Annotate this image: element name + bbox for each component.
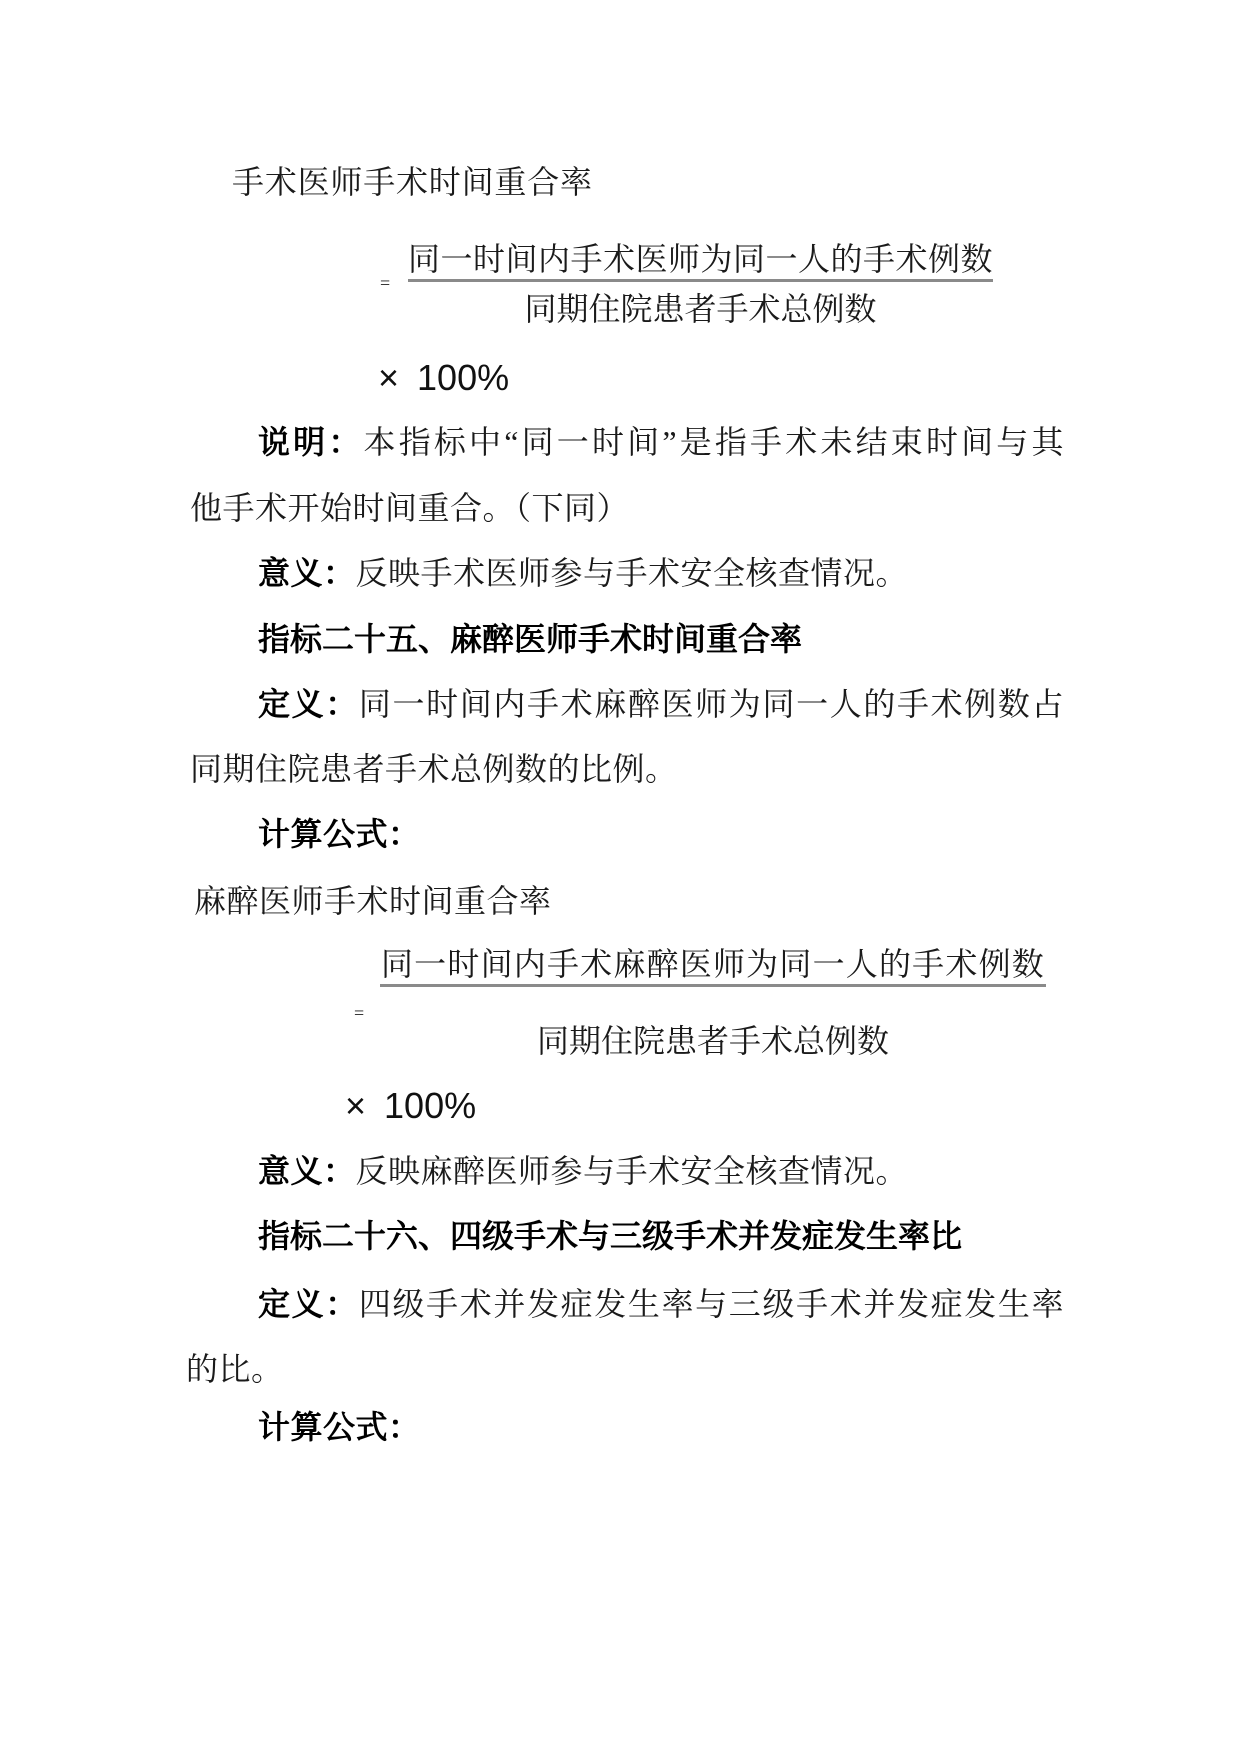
indicator26-definition-line1: 定义：四级手术并发症发生率与三级手术并发症发生率 <box>258 1286 1064 1322</box>
anesthetist-formula-label: 麻醉医师手术时间重合率 <box>194 883 552 919</box>
indicator25-definition-line2: 同期住院患者手术总例数的比例。 <box>190 751 678 787</box>
note-text-line1: 本指标中“同一时间”是指手术未结束时间与其 <box>364 424 1064 460</box>
surgeon-formula-equals-sign: = <box>380 271 390 296</box>
indicator26-heading: 指标二十六、四级手术与三级手术并发症发生率比 <box>258 1218 962 1254</box>
anesthetist-meaning-paragraph: 意义：反映麻醉医师参与手术安全核查情况。 <box>258 1153 908 1189</box>
indicator25-definition-text-line1: 同一时间内手术麻醉医师为同一人的手术例数占 <box>359 686 1064 722</box>
note-paragraph-line2: 他手术开始时间重合。（下同） <box>190 490 629 526</box>
surgeon-formula-multiplier: × 100% <box>378 358 509 398</box>
indicator25-definition-label: 定义： <box>258 686 359 722</box>
anesthetist-meaning-label: 意义： <box>258 1153 356 1189</box>
surgeon-formula-fraction: 同一时间内手术医师为同一人的手术例数 同期住院患者手术总例数 <box>408 241 993 327</box>
anesthetist-formula-numerator: 同一时间内手术麻醉医师为同一人的手术例数 <box>380 946 1046 987</box>
anesthetist-formula-equals-sign: = <box>354 1001 364 1026</box>
indicator26-definition-line2: 的比。 <box>186 1351 284 1387</box>
indicator26-formula-heading: 计算公式： <box>258 1409 421 1445</box>
surgeon-meaning-label: 意义： <box>258 555 356 591</box>
indicator26-definition-text-line1: 四级手术并发症发生率与三级手术并发症发生率 <box>359 1286 1064 1322</box>
indicator25-heading: 指标二十五、麻醉医师手术时间重合率 <box>258 621 802 657</box>
anesthetist-formula-fraction: 同一时间内手术麻醉医师为同一人的手术例数 同期住院患者手术总例数 <box>380 946 1046 1059</box>
indicator25-formula-heading: 计算公式： <box>258 816 421 852</box>
surgeon-formula-label: 手术医师手术时间重合率 <box>232 164 593 200</box>
indicator25-definition-line1: 定义：同一时间内手术麻醉医师为同一人的手术例数占 <box>258 686 1064 722</box>
document-page: 手术医师手术时间重合率 = 同一时间内手术医师为同一人的手术例数 同期住院患者手… <box>0 0 1240 1754</box>
note-label: 说明： <box>258 424 364 460</box>
surgeon-meaning-paragraph: 意义：反映手术医师参与手术安全核查情况。 <box>258 555 908 591</box>
surgeon-formula-denominator: 同期住院患者手术总例数 <box>408 291 993 327</box>
note-paragraph-line1: 说明：本指标中“同一时间”是指手术未结束时间与其 <box>258 424 1064 460</box>
anesthetist-formula-denominator: 同期住院患者手术总例数 <box>380 1023 1046 1059</box>
anesthetist-meaning-text: 反映麻醉医师参与手术安全核查情况。 <box>356 1153 909 1189</box>
surgeon-formula-numerator: 同一时间内手术医师为同一人的手术例数 <box>408 241 993 282</box>
anesthetist-formula-multiplier: × 100% <box>345 1086 476 1126</box>
surgeon-meaning-text: 反映手术医师参与手术安全核查情况。 <box>356 555 909 591</box>
indicator26-definition-label: 定义： <box>258 1286 359 1322</box>
